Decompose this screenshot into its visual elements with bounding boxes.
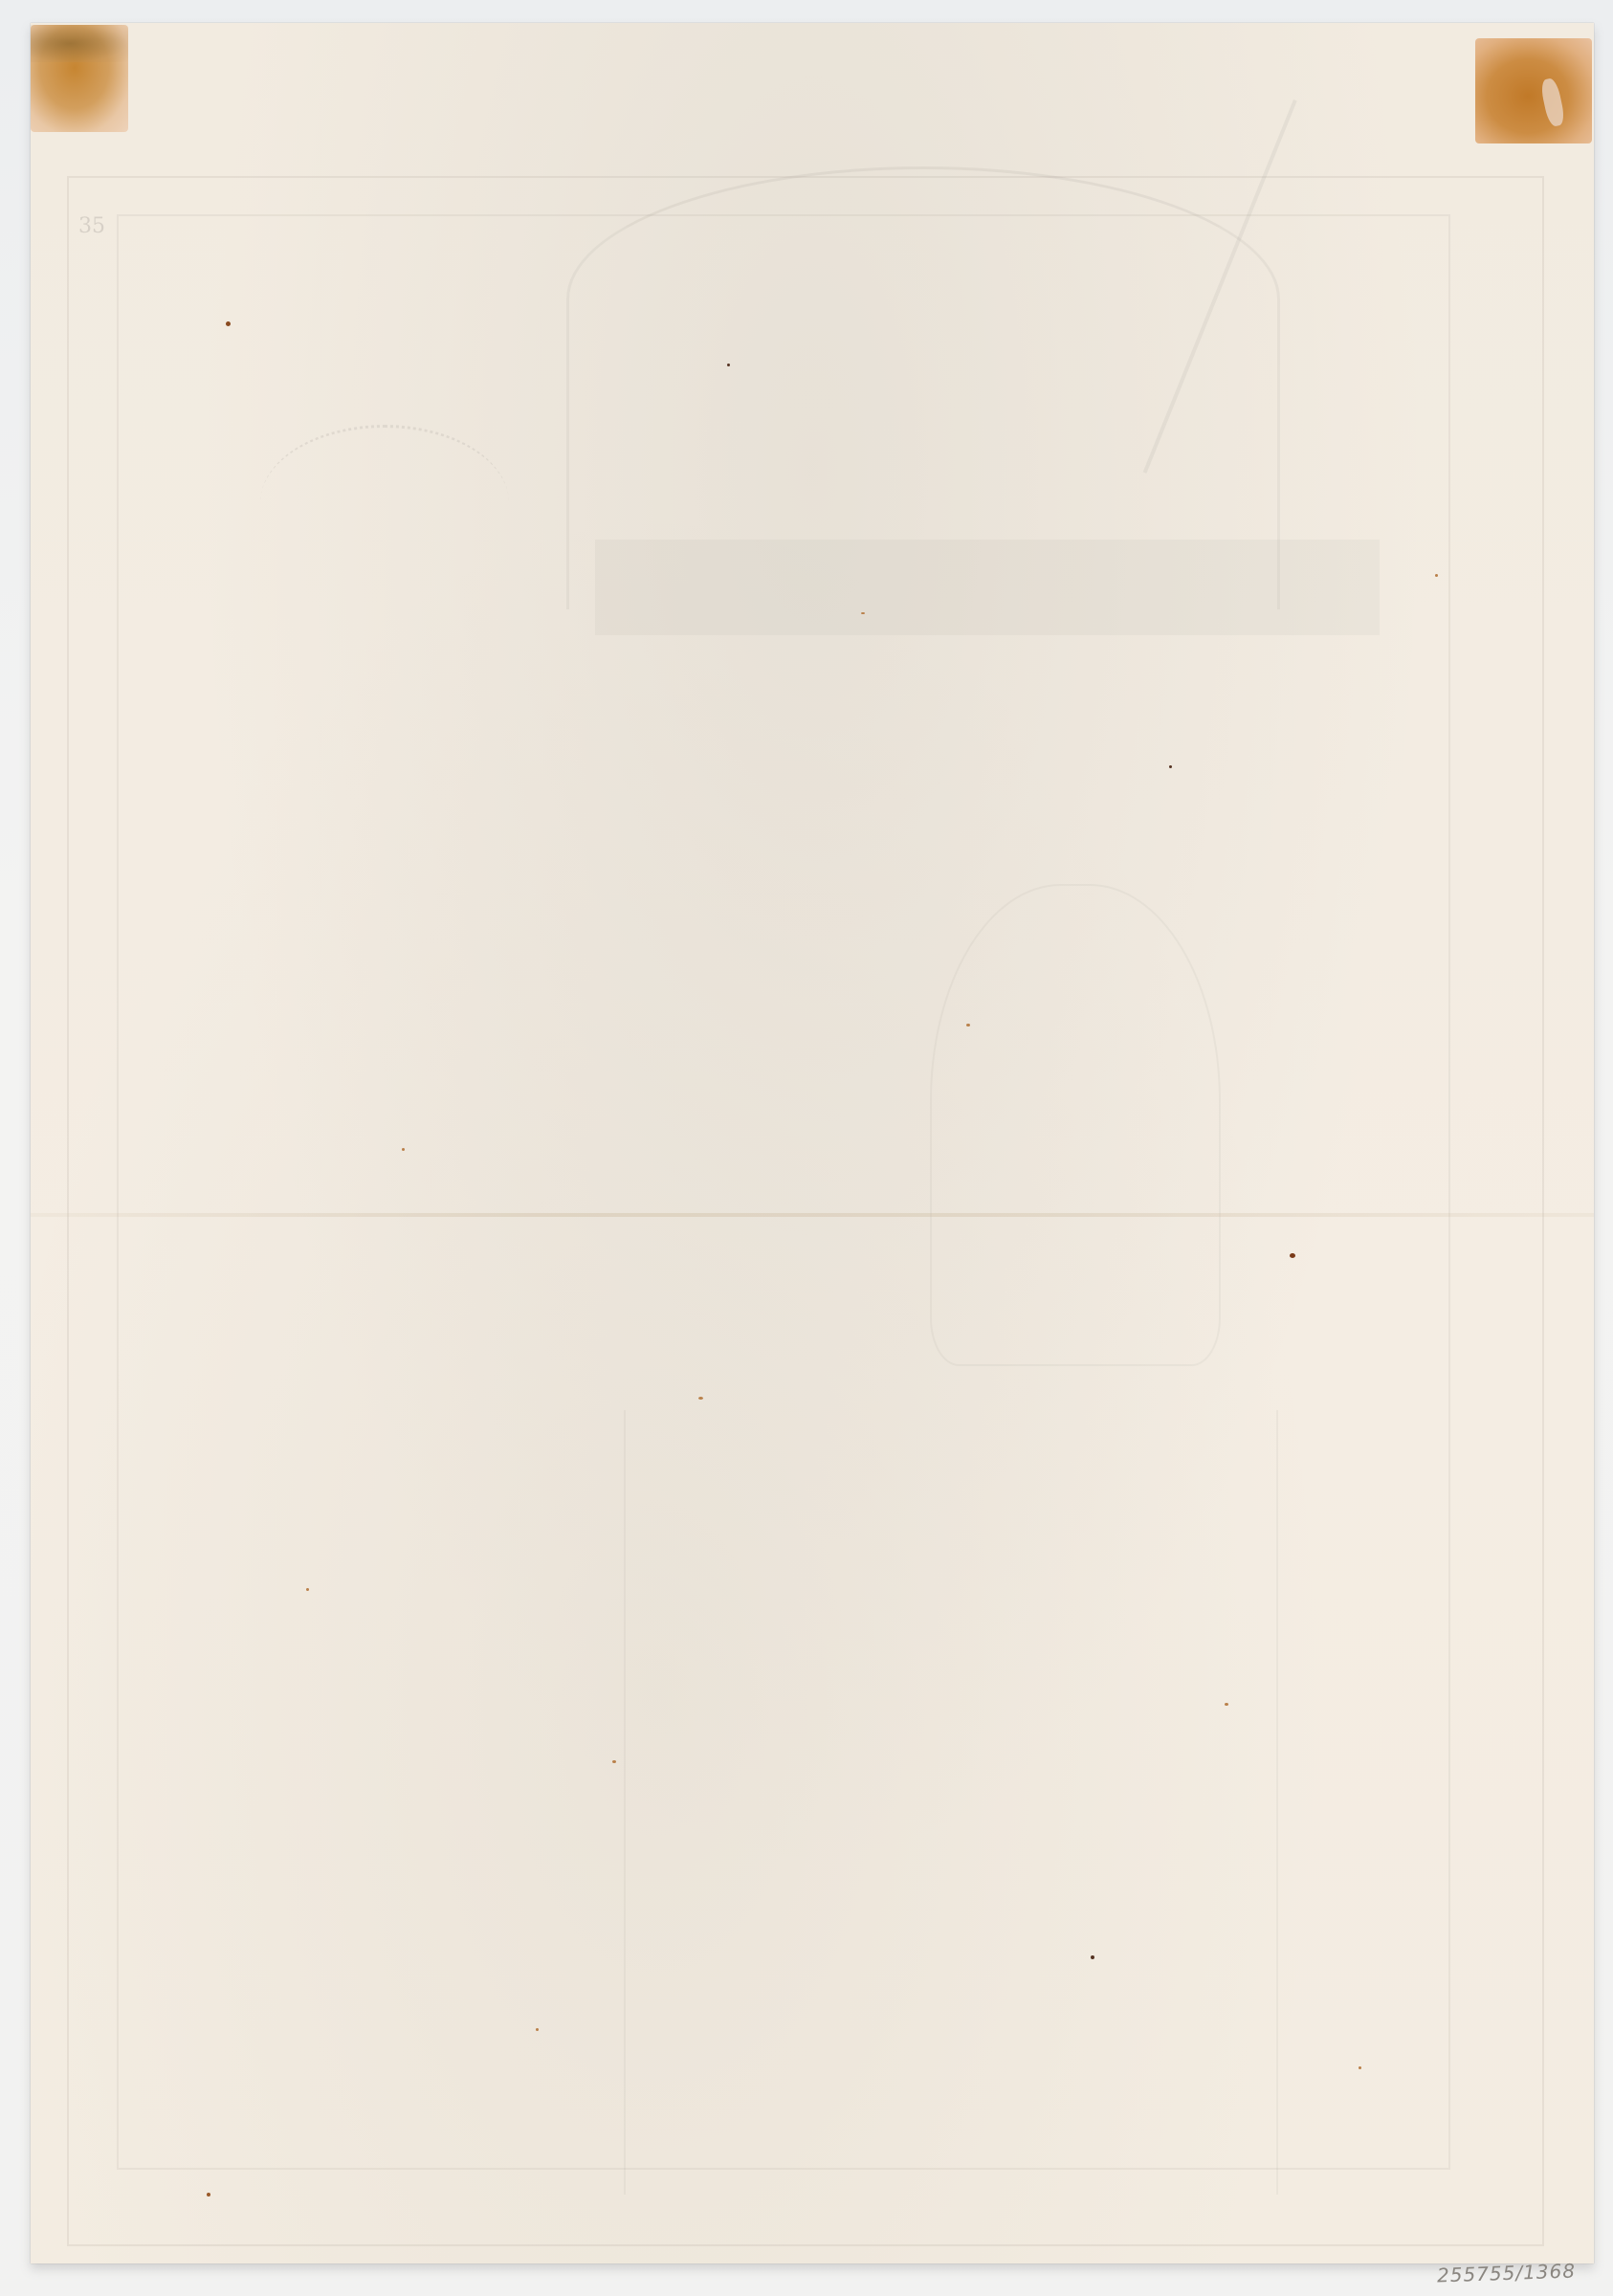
- fold-line: [31, 1213, 1594, 1217]
- fiber-speck: [1435, 574, 1438, 577]
- tape-remnant-top-left: [31, 25, 128, 132]
- fiber-speck: [727, 364, 730, 366]
- tape-remnant-top-right: [1475, 38, 1592, 143]
- fiber-speck: [536, 2028, 539, 2031]
- fiber-speck: [402, 1148, 405, 1151]
- fiber-speck: [1169, 765, 1172, 768]
- fiber-speck: [306, 1588, 309, 1591]
- inventory-number: 255755/1368: [1437, 2259, 1577, 2286]
- fiber-speck: [1091, 1955, 1094, 1959]
- fiber-speck: [207, 2193, 210, 2197]
- fiber-speck: [1290, 1253, 1295, 1258]
- show-through-figure: [930, 884, 1221, 1366]
- show-through-fan: [260, 425, 509, 581]
- fiber-speck: [698, 1397, 703, 1400]
- fiber-speck: [226, 321, 231, 326]
- show-through-lower-scene: [624, 1410, 1278, 2195]
- fiber-speck: [966, 1024, 970, 1027]
- paper-sheet: 35: [31, 23, 1594, 2263]
- fiber-speck: [1359, 2066, 1361, 2069]
- fiber-speck: [612, 1760, 616, 1763]
- fiber-speck: [861, 612, 865, 614]
- fiber-speck: [1225, 1703, 1228, 1706]
- show-through-beam: [595, 540, 1380, 635]
- corner-mark: 35: [78, 214, 105, 238]
